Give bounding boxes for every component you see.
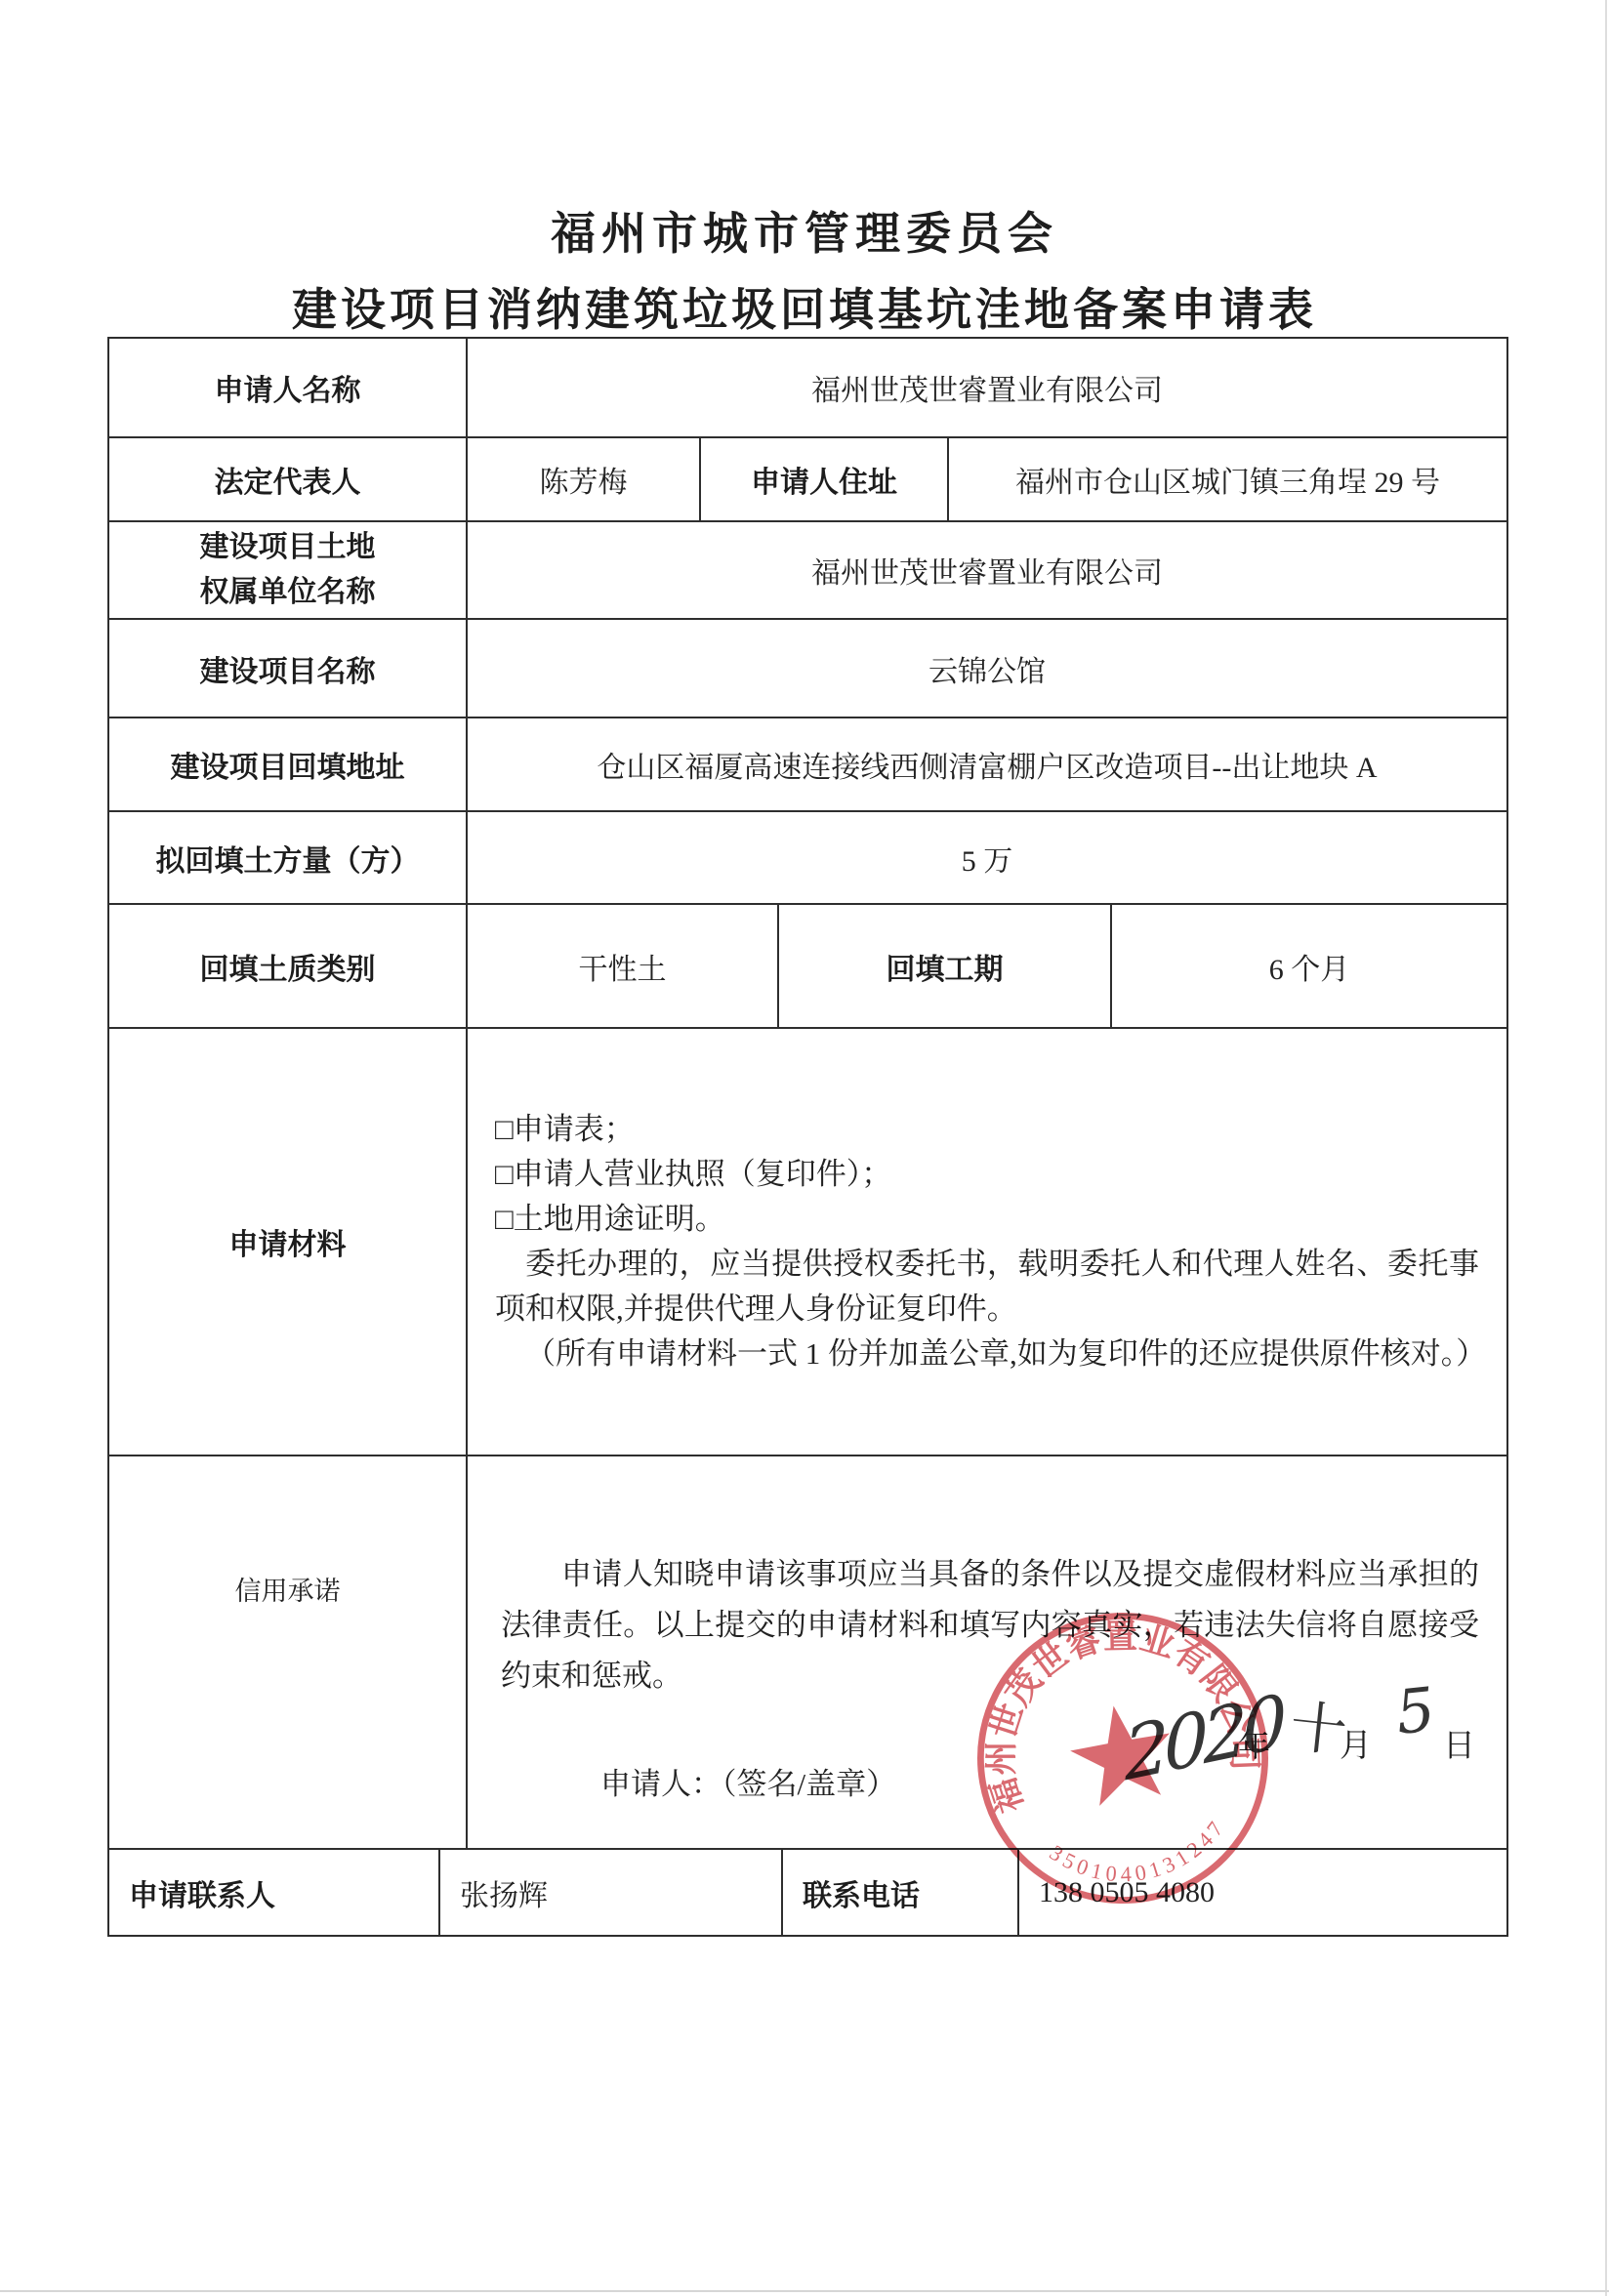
page-title-form-name: 建设项目消纳建筑垃圾回填基坑洼地备案申请表 (0, 274, 1609, 339)
handwritten-month: 十 (1287, 1680, 1351, 1768)
backfill-period-value: 6 个月 (1112, 905, 1506, 1027)
project-name-value: 云锦公馆 (468, 620, 1506, 717)
land-owner-label-line1: 建设项目土地 (200, 525, 376, 571)
row-materials: 申请材料 □申请表； □申请人营业执照（复印件）； □土地用途证明。 委托办理的… (109, 1029, 1506, 1456)
backfill-address-value: 仓山区福厦高速连接线西侧清富棚户区改造项目--出让地块 A (468, 718, 1506, 810)
land-owner-value: 福州世茂世睿置业有限公司 (468, 522, 1506, 618)
backfill-address-label: 建设项目回填地址 (109, 718, 468, 810)
handwritten-day: 5 (1392, 1673, 1438, 1748)
scan-edge-artifact-right (1605, 0, 1607, 2296)
seal-number-text: 3501040131247 (1042, 1810, 1237, 1900)
project-name-label: 建设项目名称 (109, 620, 468, 717)
materials-checkbox-item-3: □土地用途证明。 (495, 1197, 725, 1242)
seal-star-icon (1064, 1697, 1180, 1809)
soil-type-value: 干性土 (468, 905, 779, 1027)
legal-rep-label: 法定代表人 (109, 438, 468, 520)
soil-volume-label: 拟回填土方量（方） (109, 812, 468, 903)
materials-checkbox-item-1: □申请表； (495, 1107, 635, 1152)
legal-rep-value: 陈芳梅 (468, 438, 701, 520)
row-project-name: 建设项目名称 云锦公馆 (109, 620, 1506, 718)
applicant-name-label: 申请人名称 (109, 339, 468, 436)
row-soil-volume: 拟回填土方量（方） 5 万 (109, 812, 1506, 905)
backfill-period-label: 回填工期 (779, 905, 1112, 1027)
applicant-address-label: 申请人住址 (701, 438, 949, 520)
page-title-org: 福州市城市管理委员会 (0, 198, 1609, 263)
materials-label: 申请材料 (109, 1029, 468, 1455)
signer-line: 申请人：（签名/盖章） (600, 1759, 896, 1803)
soil-volume-value: 5 万 (468, 812, 1506, 903)
materials-checkbox-item-2: □申请人营业执照（复印件）； (495, 1152, 891, 1197)
row-applicant-name: 申请人名称 福州世茂世睿置业有限公司 (109, 339, 1506, 438)
contact-value: 张扬辉 (440, 1850, 783, 1935)
land-owner-label-line2: 权属单位名称 (200, 570, 376, 616)
land-owner-label: 建设项目土地 权属单位名称 (109, 522, 468, 618)
row-legal-rep: 法定代表人 陈芳梅 申请人住址 福州市仓山区城门镇三角埕 29 号 (109, 438, 1506, 522)
row-land-owner: 建设项目土地 权属单位名称 福州世茂世睿置业有限公司 (109, 522, 1506, 620)
materials-paragraph-2: （所有申请材料一式 1 份并加盖公章,如为复印件的还应提供原件核对。） (495, 1332, 1479, 1376)
contact-label: 申请联系人 (109, 1850, 440, 1935)
row-soil-type: 回填土质类别 干性土 回填工期 6 个月 (109, 905, 1506, 1029)
applicant-name-value: 福州世茂世睿置业有限公司 (468, 339, 1506, 436)
credit-promise-label: 信用承诺 (109, 1456, 468, 1848)
applicant-address-value: 福州市仓山区城门镇三角埕 29 号 (949, 438, 1506, 520)
date-day-char: 日 (1443, 1720, 1475, 1766)
scan-edge-artifact-bottom (0, 2290, 1609, 2292)
row-backfill-address: 建设项目回填地址 仓山区福厦高速连接线西侧清富棚户区改造项目--出让地块 A (109, 718, 1506, 812)
materials-content: □申请表； □申请人营业执照（复印件）； □土地用途证明。 委托办理的，应当提供… (468, 1029, 1506, 1455)
soil-type-label: 回填土质类别 (109, 905, 468, 1027)
materials-paragraph-1: 委托办理的，应当提供授权委托书，载明委托人和代理人姓名、委托事项和权限,并提供代… (495, 1242, 1479, 1332)
company-seal: 福州世茂世睿置业有限公司 3501040131247 (936, 1572, 1309, 1945)
scanned-form-page: 福州市城市管理委员会 建设项目消纳建筑垃圾回填基坑洼地备案申请表 申请人名称 福… (0, 0, 1609, 2296)
